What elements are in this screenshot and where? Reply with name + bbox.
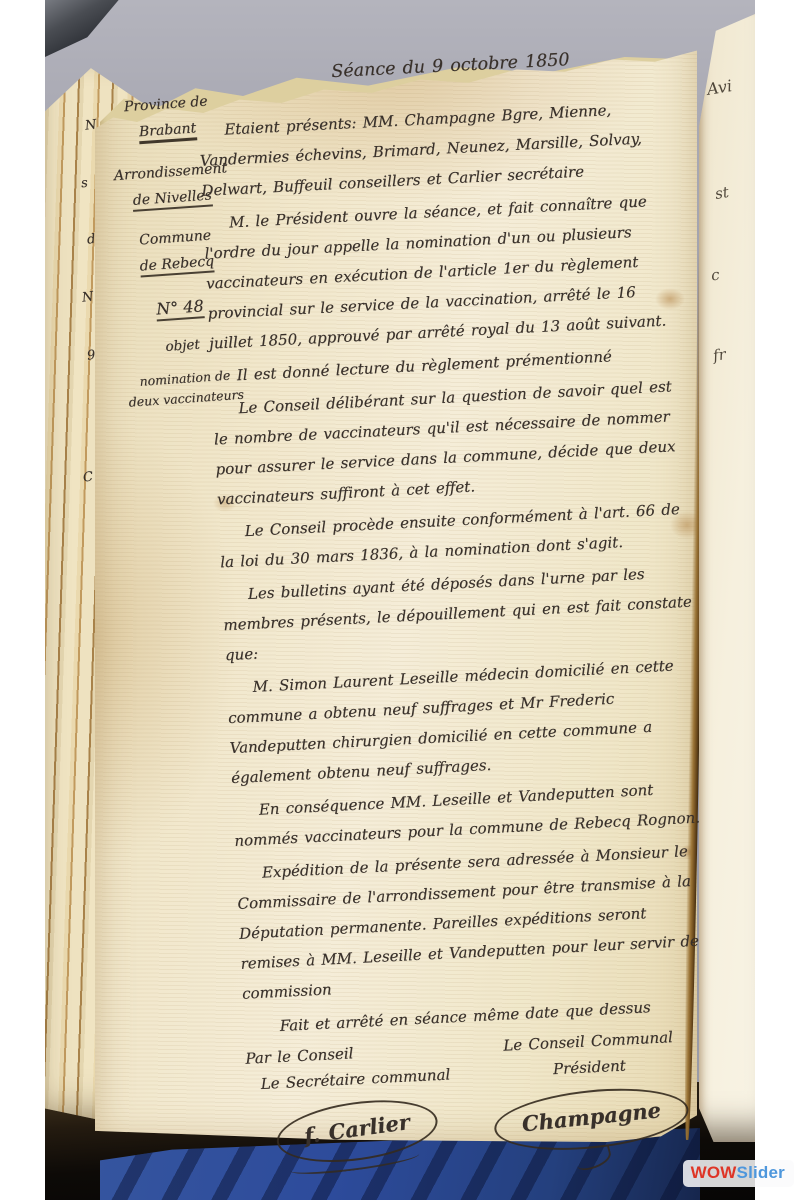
president-signature: Champagne: [464, 1084, 721, 1175]
margin-province-line1: Province de: [123, 93, 208, 115]
secretary-signature: f. Carlier: [248, 1097, 467, 1166]
president-signature-name: Champagne: [492, 1080, 692, 1158]
wowslider-watermark[interactable]: WOWSlider: [683, 1160, 794, 1187]
paragraph-expedition: Expédition de la présente sera adressée …: [235, 835, 712, 1009]
dark-book-corner: [45, 0, 137, 60]
ink-fragment: N: [81, 289, 94, 305]
margin-province-line2: Brabant: [138, 120, 197, 144]
illegible-fragment: st: [714, 183, 730, 203]
ink-fragment: C: [82, 469, 94, 485]
watermark-slider-text: Slider: [737, 1163, 785, 1182]
paragraph-deliberation: Le Conseil délibérant sur la question de…: [212, 371, 687, 515]
closing-right: Le Conseil Communal Président: [461, 1022, 717, 1087]
illegible-fragment: c: [710, 265, 721, 284]
margin-commune-line2: de Rebecq: [139, 253, 215, 277]
margin-commune-line1: Commune: [139, 228, 212, 249]
ink-fragment: s: [80, 176, 88, 192]
paragraph-agenda: M. le Président ouvre la séance, et fait…: [202, 185, 679, 359]
margin-act-number-value: N° 48: [156, 296, 205, 321]
photo-canvas: N s d. N 9. C Avi st c fr Province de Br…: [0, 0, 800, 1200]
watermark-wow-text: WOW: [691, 1163, 737, 1182]
photograph-of-minute-book: N s d. N 9. C Avi st c fr Province de Br…: [45, 0, 755, 1200]
paragraph-results: M. Simon Laurent Leseille médecin domici…: [226, 649, 701, 793]
illegible-fragment: fr: [712, 345, 727, 365]
minutes-text: Séance du 9 octobre 1850 Etaient présent…: [195, 40, 721, 1185]
session-title: Séance du 9 octobre 1850: [195, 40, 666, 94]
illegible-fragment: Avi: [706, 76, 734, 99]
closing-left: Par le Conseil Le Secrétaire communal: [245, 1035, 464, 1098]
